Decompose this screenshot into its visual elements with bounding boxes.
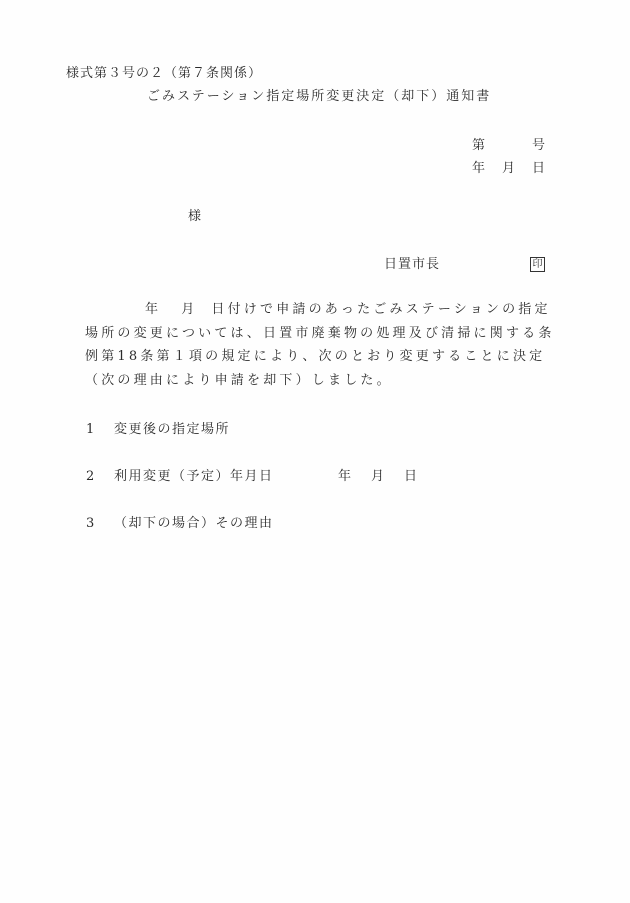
number-suffix: 号 [532,138,546,154]
item-usage-change-date: 2利用変更（予定）年月日 [86,469,274,485]
item-number: 3 [86,516,114,532]
body-paragraph: 年月日付けで申請のあったごみステーションの指定場所の変更については、日置市廃棄物… [85,298,565,392]
issue-date-year: 年 [472,161,486,177]
body-date-year: 年 [145,302,161,317]
number-prefix: 第 [472,138,486,154]
item-number: 1 [86,422,114,438]
seal-icon: 印 [530,257,545,272]
item-label: 変更後の指定場所 [114,422,230,437]
usage-date-month: 月 [371,469,384,485]
item-number: 2 [86,469,114,485]
form-label: 様式第３号の２（第７条関係） [66,66,262,82]
addressee-honorific: 様 [188,209,202,225]
item-changed-location: 1変更後の指定場所 [86,422,230,438]
item-label: 利用変更（予定）年月日 [114,469,274,484]
item-rejection-reason: 3（却下の場合）その理由 [86,516,274,532]
item-label: （却下の場合）その理由 [114,516,274,531]
issue-date-day: 日 [532,161,546,177]
body-date-month: 月 [181,302,197,317]
usage-date-day: 日 [404,469,417,485]
usage-change-date-fields: 年月日 [338,469,417,485]
issue-date-month: 月 [502,161,516,177]
document-title: ごみステーション指定場所変更決定（却下）通知書 [147,89,491,105]
usage-date-year: 年 [338,469,351,485]
issuer-name: 日置市長 [384,257,440,273]
